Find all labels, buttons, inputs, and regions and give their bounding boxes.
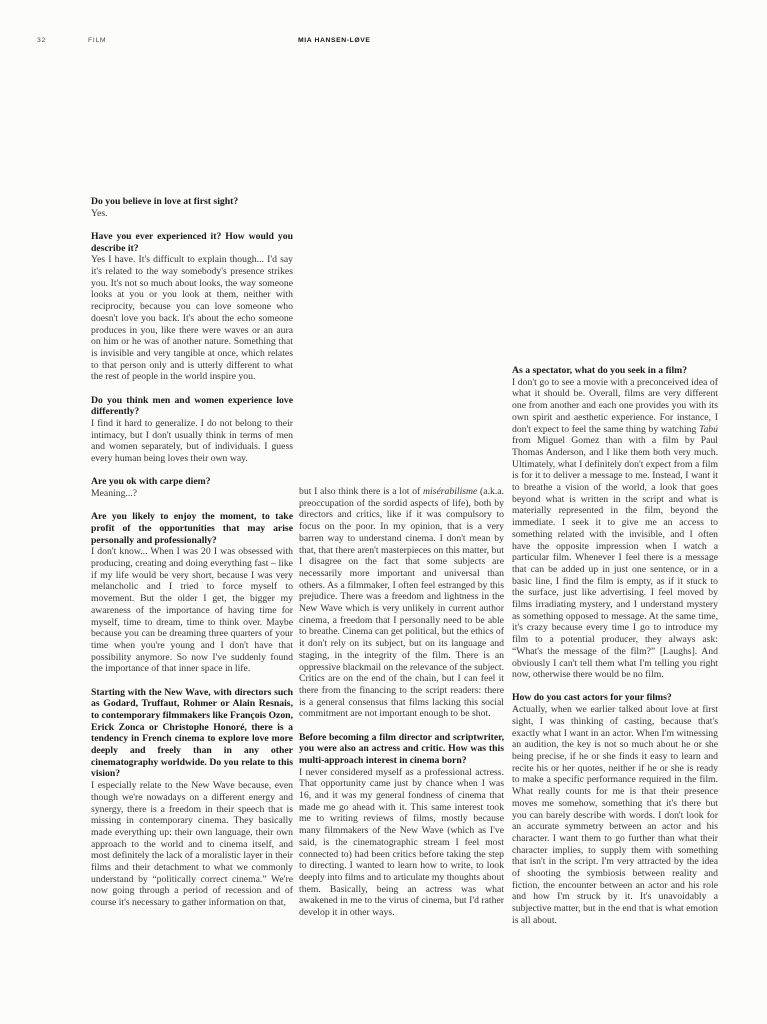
qa-block: Starting with the New Wave, with directo…	[91, 687, 293, 909]
question: Starting with the New Wave, with directo…	[91, 687, 293, 781]
page-number: 32	[37, 37, 46, 44]
answer: I don't go to see a movie with a preconc…	[512, 377, 718, 681]
answer: but I also think there is a lot of misér…	[299, 486, 504, 720]
answer-continuation-block: but I also think there is a lot of misér…	[299, 486, 504, 720]
question: As a spectator, what do you seek in a fi…	[512, 365, 718, 377]
qa-block: Have you ever experienced it? How would …	[91, 231, 293, 383]
qa-block: Do you believe in love at first sight? Y…	[91, 196, 293, 219]
qa-block: Do you think men and women experience lo…	[91, 395, 293, 465]
running-header: 32 FILM MIA HANSEN-LØVE	[0, 37, 767, 49]
answer: I find it hard to generalize. I do not b…	[91, 418, 293, 465]
text-column-1: Do you believe in love at first sight? Y…	[91, 196, 293, 909]
question: Before becoming a film director and scri…	[299, 732, 504, 767]
author-name: MIA HANSEN-LØVE	[298, 37, 371, 44]
qa-block: Are you ok with carpe diem? Meaning...?	[91, 476, 293, 499]
qa-block: How do you cast actors for your films? A…	[512, 692, 718, 926]
question: Are you likely to enjoy the moment, to t…	[91, 511, 293, 546]
text-column-3: As a spectator, what do you seek in a fi…	[512, 365, 718, 927]
answer: Actually, when we earlier talked about l…	[512, 704, 718, 926]
answer: I never considered myself as a professio…	[299, 767, 504, 919]
question: Are you ok with carpe diem?	[91, 476, 293, 488]
answer: Yes.	[91, 208, 293, 220]
answer: I especially relate to the New Wave beca…	[91, 780, 293, 909]
answer: Yes I have. It's difficult to explain th…	[91, 254, 293, 383]
qa-block: As a spectator, what do you seek in a fi…	[512, 365, 718, 681]
question: Do you believe in love at first sight?	[91, 196, 293, 208]
answer: I don't know... When I was 20 I was obse…	[91, 546, 293, 675]
question: Do you think men and women experience lo…	[91, 395, 293, 418]
text-column-2: but I also think there is a lot of misér…	[299, 486, 504, 919]
question: How do you cast actors for your films?	[512, 692, 718, 704]
film-title-italic: Tabú	[699, 424, 718, 435]
question: Have you ever experienced it? How would …	[91, 231, 293, 254]
answer: Meaning...?	[91, 488, 293, 500]
magazine-page: 32 FILM MIA HANSEN-LØVE Do you believe i…	[0, 0, 767, 1024]
qa-block: Before becoming a film director and scri…	[299, 732, 504, 919]
qa-block: Are you likely to enjoy the moment, to t…	[91, 511, 293, 675]
section-label: FILM	[88, 37, 106, 44]
italic-term: misérabilisme	[423, 486, 477, 497]
